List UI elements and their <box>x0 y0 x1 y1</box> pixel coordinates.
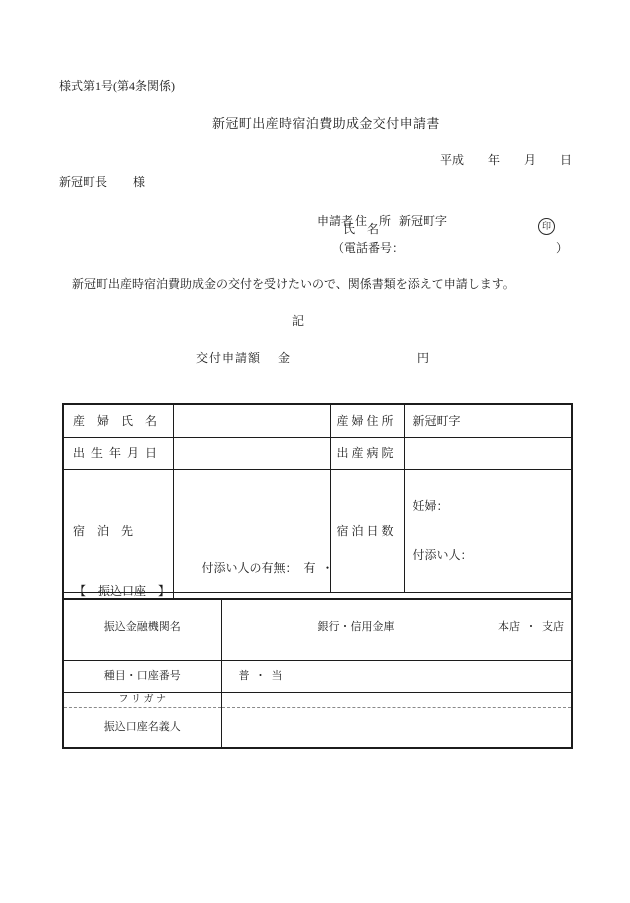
furigana-label: フ リ ガ ナ <box>63 693 221 708</box>
seal-mark: 印 <box>538 218 555 235</box>
table-row: フ リ ガ ナ <box>63 693 572 708</box>
lodging-place-label: 宿 泊 先 <box>63 469 173 592</box>
year-label: 年 <box>488 154 500 166</box>
mother-name-label: 産 婦 氏 名 <box>63 404 173 437</box>
month-label: 月 <box>524 154 536 166</box>
applicant-name-label: 氏 名 <box>343 223 379 235</box>
furigana-field <box>221 693 572 708</box>
mother-address-value: 新冠町字 <box>404 404 572 437</box>
table-row: 宿 泊 先 付添い人の有無： 有 ・ 無 宿 泊 日 数 妊婦： 付添い人： <box>63 469 572 592</box>
institution-label: 振込金融機関名 <box>64 622 221 638</box>
phone-close-paren: ） <box>556 242 568 254</box>
branch-type-options: 本店 ・ 支店 <box>498 622 564 633</box>
phone-label: （電話番号： <box>332 242 404 254</box>
bank-section-heading: 【 振込口座 】 <box>74 585 170 597</box>
birth-date-label: 出 生 年 月 日 <box>63 437 173 469</box>
companion-presence-note: 付添い人の有無： 有 ・ 無 <box>202 561 331 575</box>
addressee-name: 新冠町長 <box>59 176 107 188</box>
table-row: 種目・口座番号 普 ・ 当 <box>63 661 572 693</box>
account-holder-label: 振込口座名義人 <box>63 708 221 748</box>
account-number-label: 種目・口座番号 <box>63 661 221 693</box>
amount-label: 交付申請額 <box>196 352 261 364</box>
nights-label: 宿 泊 日 数 <box>330 469 404 592</box>
table-row: 振込口座名義人 <box>63 708 572 748</box>
hospital-field <box>404 437 572 469</box>
nights-companion-label: 付添い人： <box>413 543 572 568</box>
form-number: 様式第1号(第4条関係) <box>59 80 175 92</box>
lodging-place-field: 付添い人の有無： 有 ・ 無 <box>173 469 330 592</box>
institution-type-options: 銀行・信用金庫 <box>318 622 395 633</box>
seal-character: 印 <box>542 222 551 231</box>
nights-mother-label: 妊婦： <box>413 494 572 519</box>
table-row: 出 生 年 月 日 出 産 病 院 <box>63 437 572 469</box>
amount-unit: 円 <box>417 352 429 364</box>
account-type-options: 普 ・ 当 <box>221 661 572 693</box>
institution-field: 銀行・信用金庫 本店 ・ 支店 <box>221 599 572 661</box>
nights-detail-cell: 妊婦： 付添い人： <box>404 469 572 592</box>
bank-account-table: 振込金融機関名 銀行・信用金庫 本店 ・ 支店 種目・口座番号 普 ・ 当 フ … <box>62 598 573 749</box>
addressee-honorific: 様 <box>133 176 145 188</box>
table-row: 振込金融機関名 銀行・信用金庫 本店 ・ 支店 <box>63 599 572 661</box>
amount-prefix: 金 <box>278 352 290 364</box>
birth-date-field <box>173 437 330 469</box>
mother-address-label: 産 婦 住 所 <box>330 404 404 437</box>
statement-paragraph: 新冠町出産時宿泊費助成金の交付を受けたいので、関係書類を添えて申請します。 <box>72 278 515 290</box>
application-form-page: 様式第1号(第4条関係) 新冠町出産時宿泊費助成金交付申請書 平成 年 月 日 … <box>0 0 630 903</box>
date-line: 平成 年 月 日 <box>440 154 572 166</box>
applicant-address-value: 新冠町字 <box>399 214 447 228</box>
mother-name-field <box>173 404 330 437</box>
addressee-line: 新冠町長 様 <box>59 176 145 188</box>
section-marker: 記 <box>292 315 304 327</box>
form-title: 新冠町出産時宿泊費助成金交付申請書 <box>212 117 440 130</box>
account-holder-field <box>221 708 572 748</box>
era-label: 平成 <box>440 154 464 166</box>
day-label: 日 <box>560 154 572 166</box>
table-row: 産 婦 氏 名 産 婦 住 所 新冠町字 <box>63 404 572 437</box>
hospital-label: 出 産 病 院 <box>330 437 404 469</box>
institution-label-cell: 振込金融機関名 <box>63 599 221 661</box>
